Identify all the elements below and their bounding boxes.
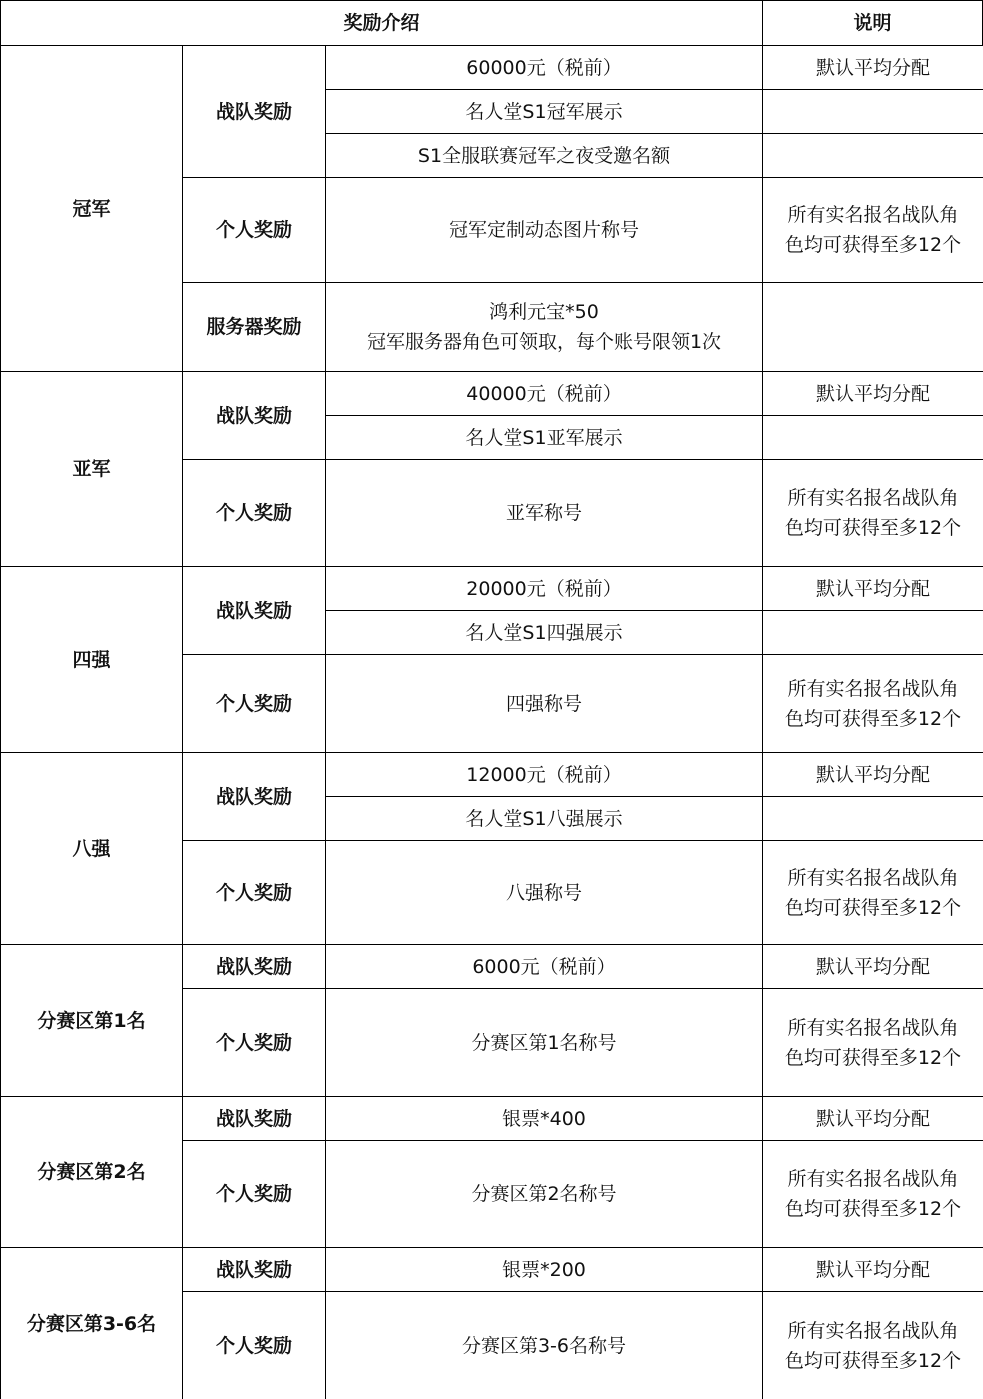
reward-content: 名人堂S1四强展示: [325, 610, 763, 655]
header-reward-intro: 奖励介绍: [0, 0, 763, 46]
reward-note: 默认平均分配: [762, 944, 983, 989]
reward-category: 战队奖励: [182, 371, 326, 460]
reward-note: [762, 610, 983, 655]
reward-category: 个人奖励: [182, 1291, 326, 1399]
reward-content: S1全服联赛冠军之夜受邀名额: [325, 133, 763, 178]
rank-label: 分赛区第3-6名: [0, 1247, 183, 1399]
reward-content: 40000元（税前）: [325, 371, 763, 416]
reward-category: 战队奖励: [182, 45, 326, 178]
reward-note: [762, 89, 983, 134]
reward-category: 个人奖励: [182, 1140, 326, 1248]
reward-content: 八强称号: [325, 840, 763, 945]
reward-content: 名人堂S1八强展示: [325, 796, 763, 841]
reward-category: 战队奖励: [182, 944, 326, 989]
reward-content: 6000元（税前）: [325, 944, 763, 989]
reward-note: 默认平均分配: [762, 1247, 983, 1292]
rank-label: 分赛区第2名: [0, 1096, 183, 1248]
reward-note: [762, 415, 983, 460]
header-notes: 说明: [762, 0, 983, 46]
reward-note: 所有实名报名战队角 色均可获得至多12个: [762, 840, 983, 945]
reward-content: 分赛区第1名称号: [325, 988, 763, 1097]
reward-category: 个人奖励: [182, 654, 326, 753]
reward-content: 名人堂S1亚军展示: [325, 415, 763, 460]
reward-category: 战队奖励: [182, 1247, 326, 1292]
reward-note: 默认平均分配: [762, 1096, 983, 1141]
reward-category: 战队奖励: [182, 566, 326, 655]
reward-note: [762, 796, 983, 841]
reward-note: 默认平均分配: [762, 371, 983, 416]
reward-note: 所有实名报名战队角 色均可获得至多12个: [762, 654, 983, 753]
reward-content: 四强称号: [325, 654, 763, 753]
reward-content: 60000元（税前）: [325, 45, 763, 90]
reward-category: 战队奖励: [182, 752, 326, 841]
reward-content: 12000元（税前）: [325, 752, 763, 797]
reward-note: 所有实名报名战队角 色均可获得至多12个: [762, 988, 983, 1097]
rank-label: 冠军: [0, 45, 183, 372]
reward-category: 个人奖励: [182, 459, 326, 567]
rank-label: 亚军: [0, 371, 183, 567]
reward-category: 个人奖励: [182, 177, 326, 283]
reward-note: 默认平均分配: [762, 752, 983, 797]
rank-label: 四强: [0, 566, 183, 753]
reward-category: 服务器奖励: [182, 282, 326, 372]
reward-content: 银票*200: [325, 1247, 763, 1292]
reward-note: 默认平均分配: [762, 566, 983, 611]
reward-note: [762, 282, 983, 372]
reward-content: 鸿利元宝*50 冠军服务器角色可领取，每个账号限领1次: [325, 282, 763, 372]
reward-content: 亚军称号: [325, 459, 763, 567]
reward-note: 所有实名报名战队角 色均可获得至多12个: [762, 177, 983, 283]
reward-note: 所有实名报名战队角 色均可获得至多12个: [762, 1140, 983, 1248]
reward-content: 银票*400: [325, 1096, 763, 1141]
reward-content: 分赛区第3-6名称号: [325, 1291, 763, 1399]
reward-note: 所有实名报名战队角 色均可获得至多12个: [762, 459, 983, 567]
reward-content: 分赛区第2名称号: [325, 1140, 763, 1248]
rank-label: 分赛区第1名: [0, 944, 183, 1097]
reward-note: 默认平均分配: [762, 45, 983, 90]
reward-note: [762, 133, 983, 178]
rank-label: 八强: [0, 752, 183, 945]
reward-note: 所有实名报名战队角 色均可获得至多12个: [762, 1291, 983, 1399]
reward-category: 个人奖励: [182, 988, 326, 1097]
reward-category: 战队奖励: [182, 1096, 326, 1141]
reward-content: 名人堂S1冠军展示: [325, 89, 763, 134]
reward-content: 20000元（税前）: [325, 566, 763, 611]
reward-content: 冠军定制动态图片称号: [325, 177, 763, 283]
reward-category: 个人奖励: [182, 840, 326, 945]
